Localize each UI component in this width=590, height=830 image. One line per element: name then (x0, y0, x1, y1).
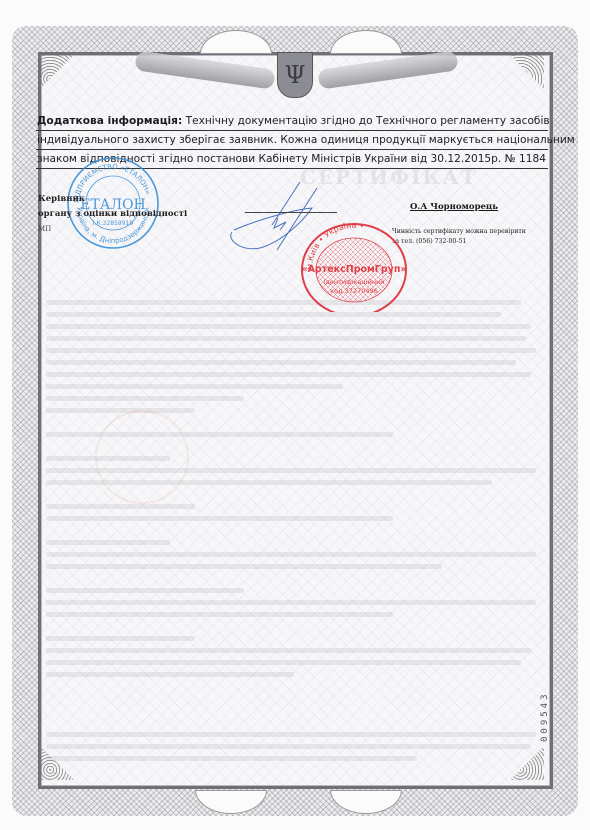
stamp-id-label: Ідентифікаційний (323, 278, 384, 286)
show-through-line (46, 672, 294, 677)
show-through-line (46, 600, 536, 605)
stamp-company-name: «АртексПромГруп» (301, 264, 406, 275)
seal-place-label: МП (38, 222, 187, 237)
show-through-line (46, 504, 195, 509)
serial-number: 009543 (540, 691, 550, 742)
show-through-text (46, 300, 541, 768)
show-through-line (46, 408, 195, 413)
signatory-org: органу з оцінки відповідності (38, 207, 187, 222)
show-through-line (46, 744, 531, 749)
signatory-name: О.А Чорноморець (410, 202, 498, 212)
show-through-line (46, 384, 343, 389)
show-through-line (46, 612, 393, 617)
show-through-line (46, 348, 536, 353)
artexpromgroup-stamp: м.Київ • Україна • «АртексПромГруп» Іден… (298, 222, 410, 312)
show-through-line (46, 648, 531, 653)
additional-info-line-1: Додаткова інформація: Технічну документа… (36, 112, 548, 131)
additional-info-line-2: індивідуального захисту зберігає заявник… (36, 131, 548, 150)
verification-line-1: Чинність сертифікату можна перевірити (392, 227, 526, 237)
trident-emblem-icon: Ψ (277, 52, 313, 98)
show-through-line (46, 516, 393, 521)
show-through-line (46, 312, 501, 317)
verification-phone: за тел. (056) 732-00-51 (392, 237, 526, 247)
verification-note: Чинність сертифікату можна перевірити за… (392, 227, 526, 247)
show-through-line (46, 372, 531, 377)
show-through-line (46, 660, 521, 665)
show-through-line (46, 336, 526, 341)
show-through-line (46, 552, 536, 557)
show-through-line (46, 732, 536, 737)
signatory-block: Керівник органу з оцінки відповідності М… (38, 192, 187, 237)
show-through-line (46, 540, 170, 545)
show-through-line (46, 360, 516, 365)
show-through-line (46, 396, 244, 401)
additional-info-label: Додаткова інформація: (37, 115, 182, 127)
signatory-title: Керівник (38, 192, 187, 207)
show-through-line (46, 300, 521, 305)
show-through-line (46, 636, 195, 641)
show-through-line (46, 588, 244, 593)
show-through-line (46, 324, 531, 329)
signature-line (245, 212, 337, 213)
show-through-line (46, 756, 417, 761)
stamp-id-code: код 37270496 (330, 287, 378, 295)
ghost-stamp (95, 410, 189, 504)
show-through-line (46, 432, 393, 437)
show-through-line (46, 564, 442, 569)
additional-info-text: Технічну документацію згідно до Технічно… (182, 115, 549, 127)
